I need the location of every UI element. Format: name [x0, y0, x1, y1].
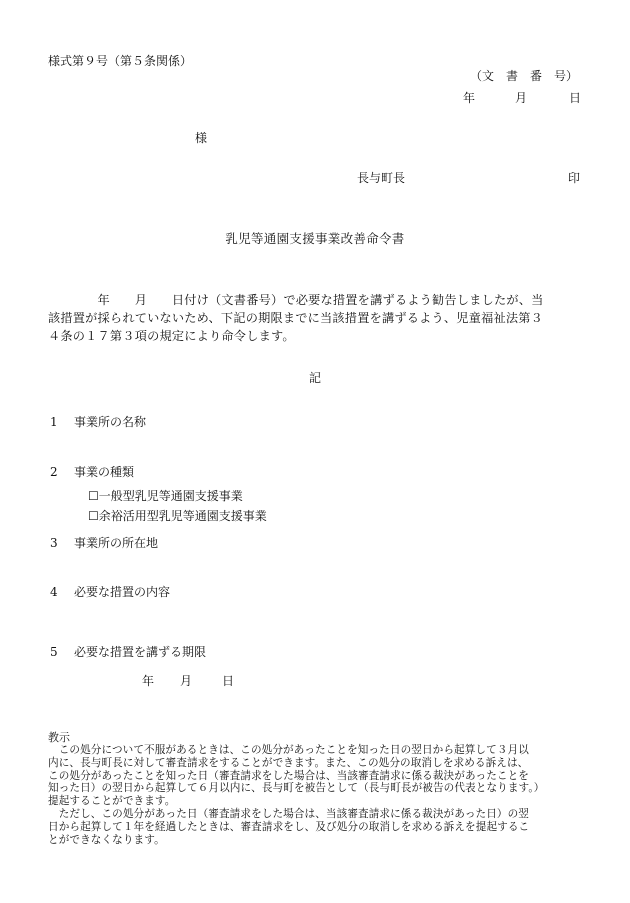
date-year: 年 [463, 92, 475, 104]
option-general-type[interactable]: ☐一般型乳児等通園支援事業 [88, 490, 243, 502]
issuer-name: 長与町長 [357, 172, 405, 184]
deadline-month: 月 [180, 675, 192, 687]
item-business-type: 2事業の種類 [50, 466, 134, 478]
doc-no-part: 書 [506, 70, 518, 82]
notice-line: 知った日）の翌日から起算して６月以内に、長与町を被告として（長与町長が被告の代表… [48, 782, 588, 795]
deadline-day: 日 [222, 675, 234, 687]
notice-line: 内に、長与町長に対して審査請求をすることができます。また、この処分の取消しを求め… [48, 757, 588, 770]
item-label: 事業所の名称 [74, 415, 146, 429]
document-number-label: （文書番号） [470, 70, 578, 82]
item-deadline: 5必要な措置を講ずる期限 [50, 646, 206, 658]
order-body: 年 月 日付け（文書番号）で必要な措置を講ずるよう勧告しましたが、当 該措置が採… [48, 291, 588, 345]
item-facility-name: 1事業所の名称 [50, 416, 146, 428]
ki-heading: 記 [0, 372, 630, 384]
item-number: 4 [50, 586, 74, 598]
item-number: 1 [50, 416, 74, 428]
deadline-year: 年 [142, 675, 154, 687]
notice-line: この処分があったことを知った日（審査請求をした場合は、当該審査請求に係る裁決があ… [48, 770, 588, 783]
item-required-measures: 4必要な措置の内容 [50, 586, 170, 598]
addressee-suffix: 様 [195, 132, 207, 144]
option-label: 一般型乳児等通園支援事業 [99, 489, 243, 503]
document-title: 乳児等通園支援事業改善命令書 [0, 233, 630, 246]
option-surplus-type[interactable]: ☐余裕活用型乳児等通園支援事業 [88, 510, 267, 522]
doc-no-part: （文 [470, 70, 494, 82]
notice-line: ただし、この処分があった日（審査請求をした場合は、当該審査請求に係る裁決があった… [48, 808, 588, 821]
notice-line: 日から起算して１年を経過したときは、審査請求をし、及び処分の取消しを求める訴えを… [48, 821, 588, 834]
option-label: 余裕活用型乳児等通園支援事業 [99, 509, 267, 523]
seal-mark: 印 [568, 172, 580, 184]
item-number: 5 [50, 646, 74, 658]
notice-heading: 教示 [48, 732, 70, 743]
doc-no-part: 番 [530, 70, 542, 82]
body-line: 年 月 日付け（文書番号）で必要な措置を講ずるよう勧告しましたが、当 [48, 291, 588, 309]
body-line: 該措置が採られていないため、下記の期限までに当該措置を講ずるよう、児童福祉法第３ [48, 309, 588, 327]
item-label: 必要な措置の内容 [74, 585, 170, 599]
checkbox-icon[interactable]: ☐ [88, 509, 99, 523]
item-label: 事業所の所在地 [74, 536, 158, 550]
item-label: 必要な措置を講ずる期限 [74, 645, 206, 659]
body-line: ４条の１７第３項の規定により命令します。 [48, 327, 588, 345]
notice-line: 提起することができます。 [48, 795, 588, 808]
doc-no-part: 号） [554, 70, 578, 82]
notice-line: この処分について不服があるときは、この処分があったことを知った日の翌日から起算し… [48, 744, 588, 757]
item-label: 事業の種類 [74, 465, 134, 479]
item-number: 2 [50, 466, 74, 478]
notice-body: この処分について不服があるときは、この処分があったことを知った日の翌日から起算し… [48, 744, 588, 846]
checkbox-icon[interactable]: ☐ [88, 489, 99, 503]
item-number: 3 [50, 537, 74, 549]
date-day: 日 [569, 92, 581, 104]
notice-line: とができなくなります。 [48, 834, 588, 847]
date-month: 月 [515, 92, 527, 104]
form-number: 様式第９号（第５条関係） [48, 55, 192, 67]
item-facility-location: 3事業所の所在地 [50, 537, 158, 549]
